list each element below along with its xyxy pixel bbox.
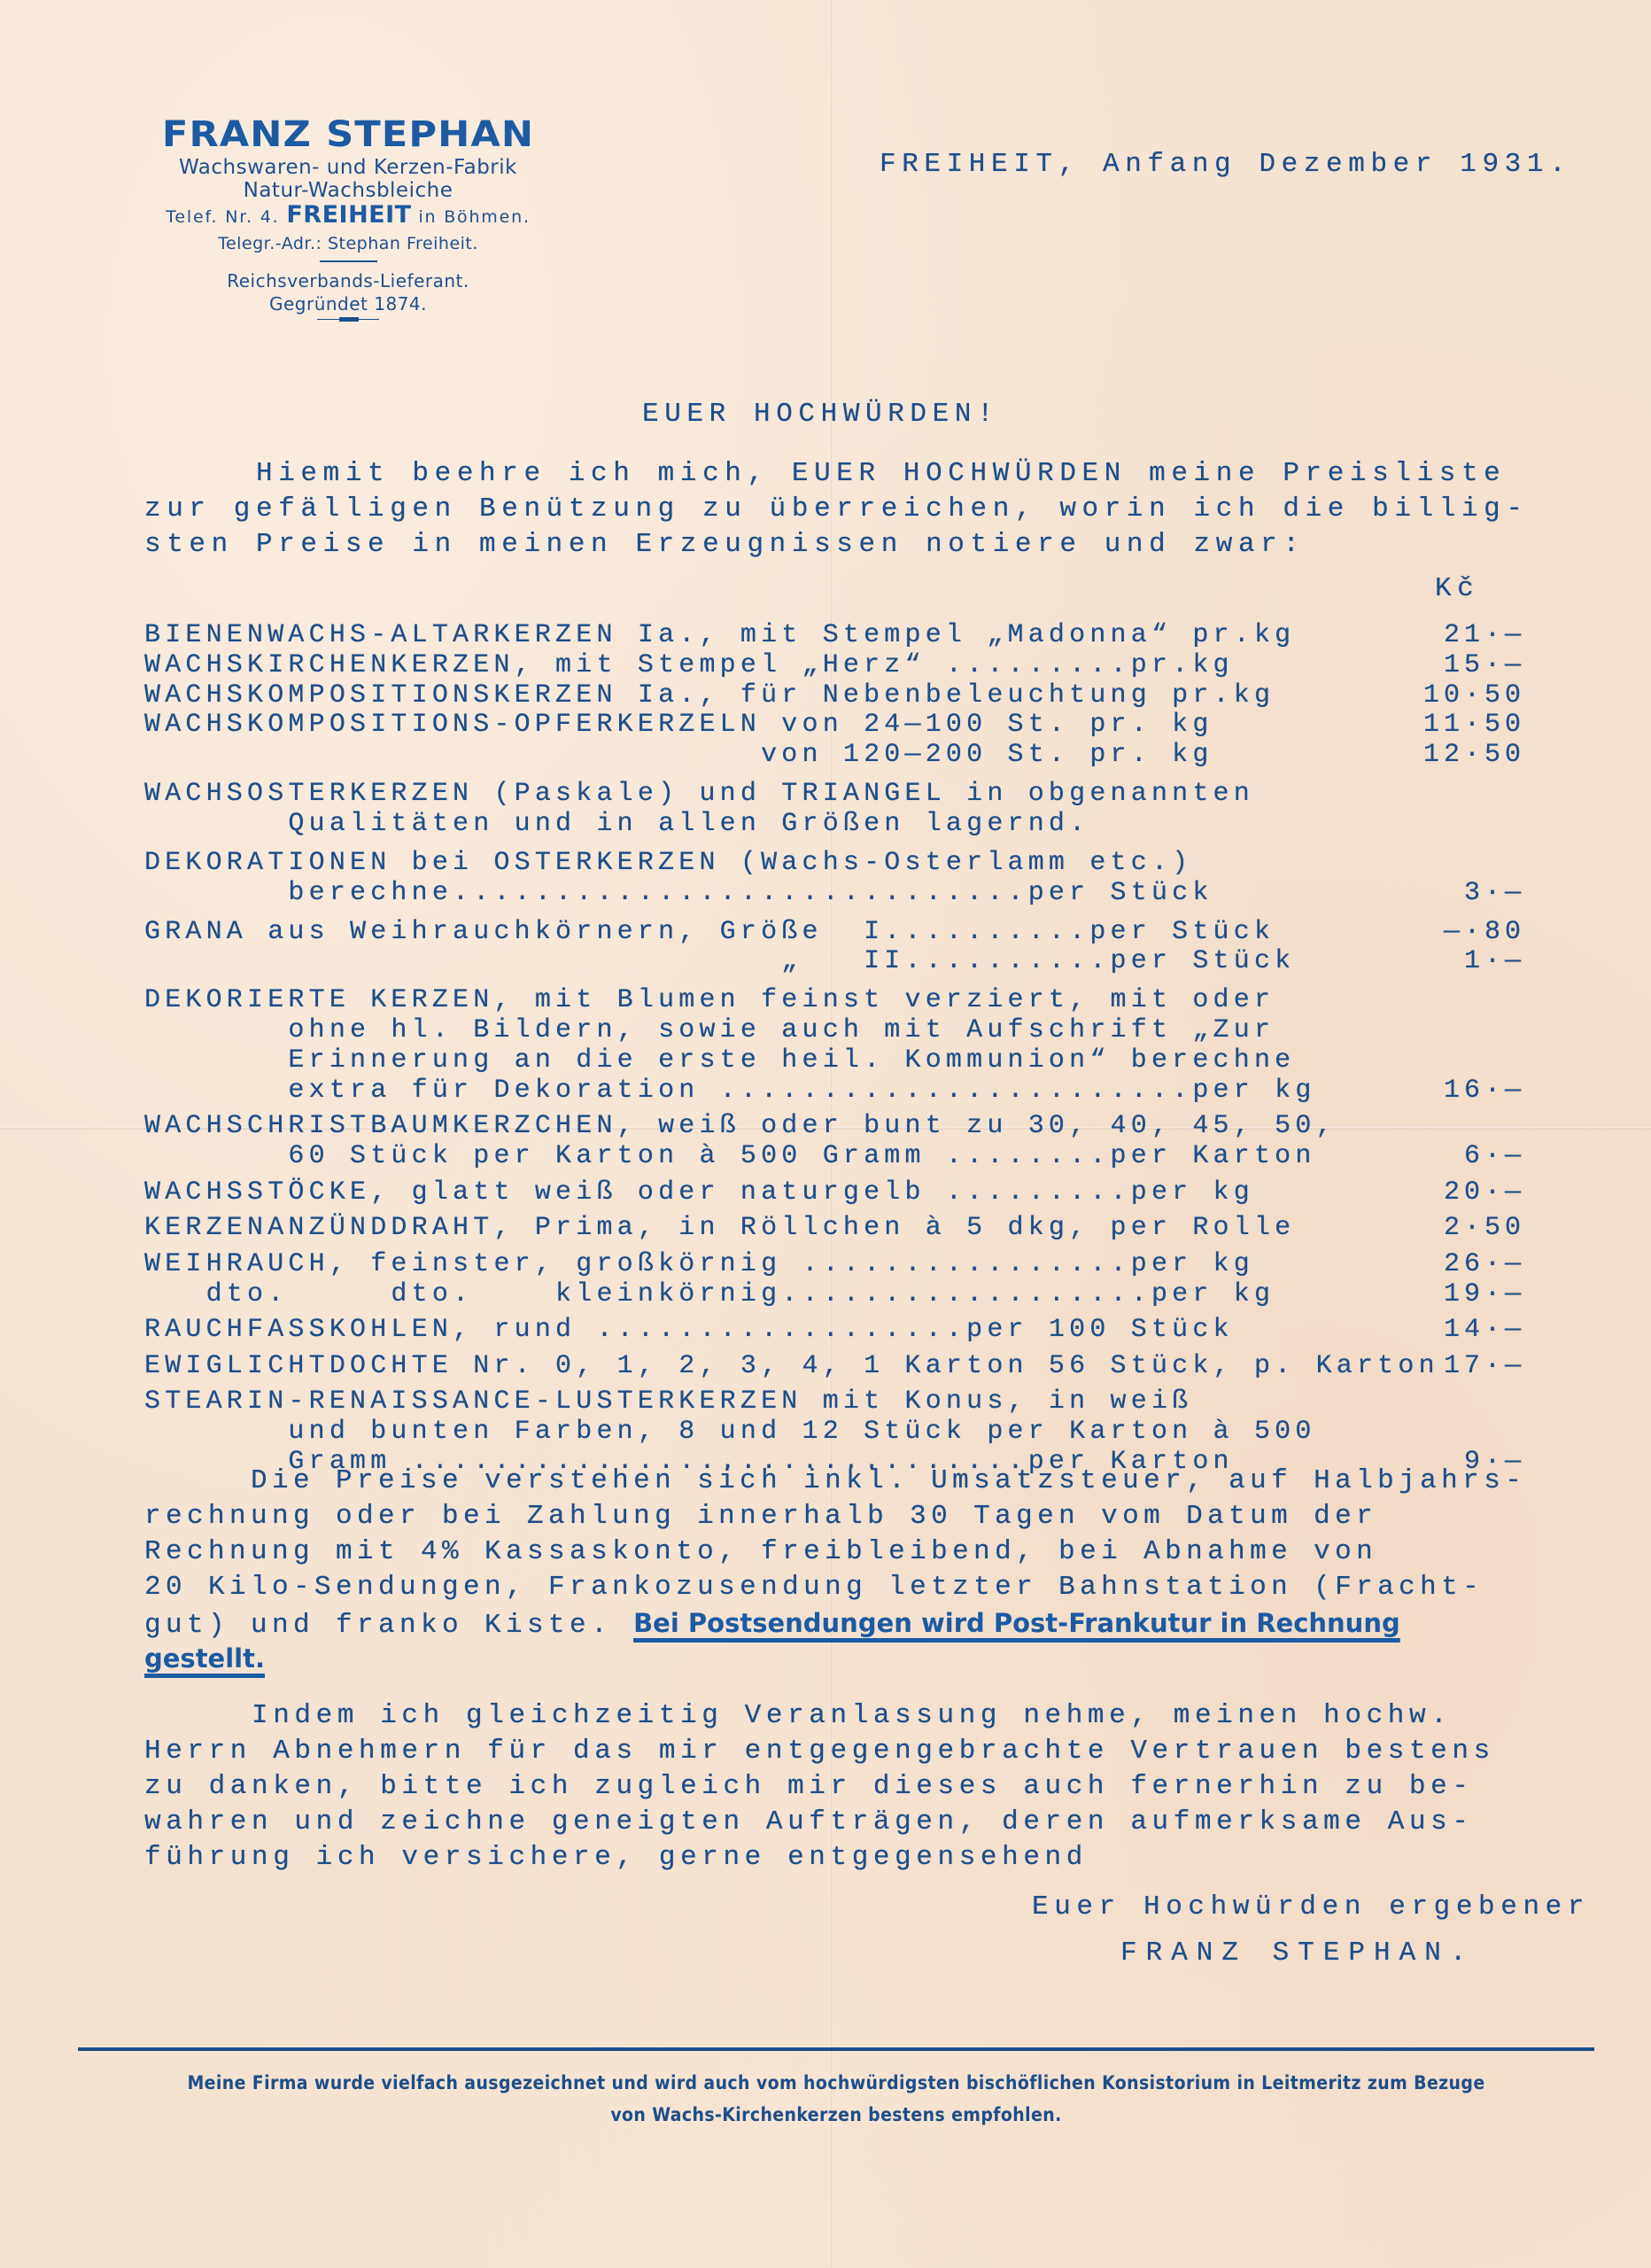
- footer-line-2: von Wachs-Kirchenkerzen bestens empfohle…: [78, 2099, 1594, 2131]
- price-value: 16·—: [1444, 1073, 1525, 1108]
- letterhead: FRANZ STEPHAN Wachswaren- und Kerzen-Fab…: [105, 113, 592, 322]
- price-list-item: EWIGLICHTDOCHTE Nr. 0, 1, 2, 3, 4, 1 Kar…: [144, 1348, 1439, 1384]
- intro-line: Hiemit beehre ich mich, EUER HOCHWÜRDEN …: [144, 456, 1506, 492]
- closing-line: zu danken, bitte ich zugleich mir dieses…: [144, 1769, 1474, 1805]
- signature: FRANZ STEPHAN.: [1120, 1936, 1475, 1971]
- terms-line: Die Preise verstehen sich inkl. Umsatzst…: [144, 1464, 1526, 1499]
- terms-line: Rechnung mit 4% Kassaskonto, freibleiben…: [144, 1534, 1377, 1570]
- closing-line: Indem ich gleichzeitig Veranlassung nehm…: [144, 1698, 1452, 1734]
- closing-line: wahren und zeichne geneigten Aufträgen, …: [144, 1805, 1474, 1840]
- price-list-item: berechne............................per …: [144, 875, 1213, 911]
- company-name: FRANZ STEPHAN: [85, 113, 611, 156]
- telephone-line: Telef. Nr. 4. FREIHEIT in Böhmen.: [105, 202, 592, 230]
- founded-note: Gegründet 1874.: [105, 292, 592, 315]
- supplier-note: Reichsverbands-Lieferant.: [105, 269, 592, 292]
- price-value: 17·—: [1444, 1348, 1525, 1384]
- telegram-address: Telegr.-Adr.: Stephan Freiheit.: [105, 230, 592, 257]
- postage-notice: Bei Postsendungen wird Post-Frankutur in…: [633, 1608, 1400, 1638]
- closing-line: führung ich versichere, gerne entgegense…: [144, 1840, 1088, 1876]
- terms-line: gut) und franko Kiste. Bei Postsendungen…: [144, 1605, 1400, 1643]
- currency-label: Kč: [1435, 571, 1479, 607]
- price-value: 6·—: [1464, 1138, 1525, 1174]
- footer-divider: [78, 2047, 1594, 2051]
- intro-line: sten Preise in meinen Erzeugnissen notie…: [144, 527, 1306, 563]
- region: in Böhmen.: [418, 207, 530, 227]
- town-name: FREIHEIT: [286, 201, 411, 229]
- price-value: 20·—: [1444, 1175, 1525, 1210]
- price-list-item: dto. dto. kleinkörnig..................p…: [144, 1277, 1275, 1312]
- price-list-item: 60 Stück per Karton à 500 Gramm ........…: [144, 1138, 1316, 1174]
- price-list-item: RAUCHFASSKOHLEN, rund ..................…: [144, 1312, 1234, 1348]
- price-list-item: WACHSSTÖCKE, glatt weiß oder naturgelb .…: [144, 1175, 1254, 1210]
- price-value: 19·—: [1444, 1277, 1525, 1312]
- letterhead-divider: [320, 260, 377, 262]
- price-list-item: von 120—200 St. pr. kg: [144, 737, 1213, 773]
- price-value: 1·—: [1464, 944, 1525, 979]
- complimentary-close: Euer Hochwürden ergebener: [1032, 1890, 1590, 1925]
- intro-line: zur gefälligen Benützung zu überreichen,…: [144, 492, 1529, 527]
- footer-line-1: Meine Firma wurde vielfach ausgezeichnet…: [78, 2067, 1594, 2099]
- ornament-divider: [317, 317, 379, 322]
- telephone-number: Telef. Nr. 4.: [166, 207, 279, 227]
- closing-line: Herrn Abnehmern für das mir entgegengebr…: [144, 1734, 1495, 1769]
- date-line: FREIHEIT, Anfang Dezember 1931.: [880, 147, 1571, 183]
- terms-line: gestellt.: [144, 1641, 265, 1679]
- price-list-item: Qualitäten und in allen Größen lagernd.: [144, 806, 1089, 842]
- company-subtitle: Natur-Wachsbleiche: [105, 179, 592, 202]
- price-value: 3·—: [1464, 875, 1525, 911]
- terms-line: 20 Kilo-Sendungen, Frankozusendung letzt…: [144, 1570, 1484, 1605]
- price-list-item: KERZENANZÜNDDRAHT, Prima, in Röllchen à …: [144, 1210, 1295, 1246]
- price-list-item: „ II..........per Stück: [144, 944, 1295, 979]
- price-list-item: extra für Dekoration ...................…: [144, 1073, 1316, 1108]
- terms-line: rechnung oder bei Zahlung innerhalb 30 T…: [144, 1499, 1377, 1534]
- company-tagline: Wachswaren- und Kerzen-Fabrik: [105, 156, 592, 179]
- postage-notice-continued: gestellt.: [144, 1643, 265, 1674]
- price-value: 12·50: [1423, 737, 1525, 773]
- price-value: 14·—: [1444, 1312, 1525, 1348]
- footer-note: Meine Firma wurde vielfach ausgezeichnet…: [78, 2067, 1594, 2131]
- salutation: EUER HOCHWÜRDEN!: [642, 397, 999, 432]
- price-value: 2·50: [1444, 1210, 1525, 1246]
